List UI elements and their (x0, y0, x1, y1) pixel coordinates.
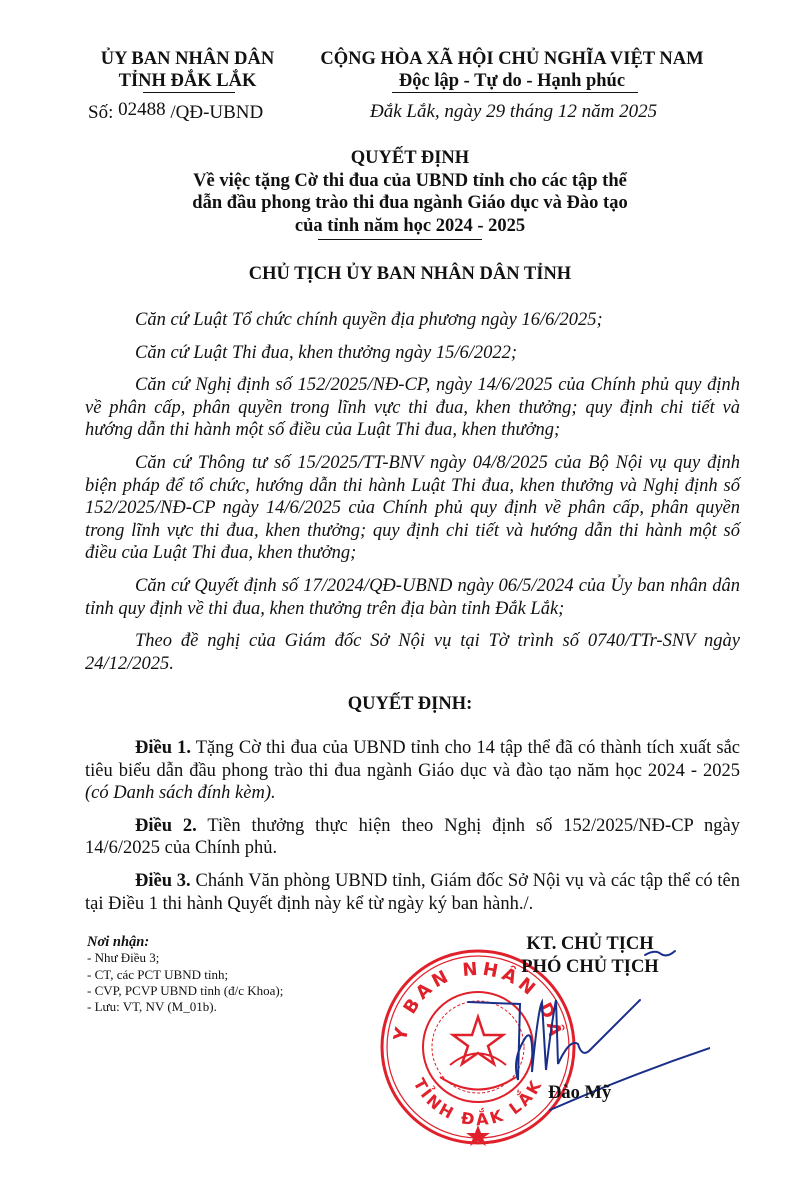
agency-line-2: TỈNH ĐẮK LẮK (119, 70, 257, 92)
nation-title: CỘNG HÒA XÃ HỘI CHỦ NGHĨA VIỆT NAM (292, 48, 732, 70)
article-label: Điều 1. (135, 738, 191, 758)
subject-line: của tỉnh năm học 2024 - 2025 (130, 215, 690, 238)
article-1: Điều 1. Tặng Cờ thi đua của UBND tỉnh ch… (85, 737, 740, 805)
document-title: QUYẾT ĐỊNH Về việc tặng Cờ thi đua của U… (130, 147, 690, 237)
issue-date: Đắk Lắk, ngày 29 tháng 12 năm 2025 (370, 101, 657, 123)
issuing-authority: CHỦ TỊCH ỦY BAN NHÂN DÂN TỈNH (130, 264, 690, 285)
issuing-agency: ỦY BAN NHÂN DÂN TỈNH ĐẮK LẮK (80, 48, 295, 92)
article-label: Điều 3. (135, 871, 191, 891)
document-number-label: Số: (88, 102, 113, 123)
legal-bases: Căn cứ Luật Tổ chức chính quyền địa phươ… (85, 309, 740, 685)
recipient-item: - CVP, PCVP UBND tỉnh (đ/c Khoa); (87, 983, 283, 999)
title-underline (318, 239, 482, 240)
document-number-value: 02488 (118, 99, 166, 120)
recipients: Nơi nhận: - Như Điều 3; - CT, các PCT UB… (87, 934, 283, 1015)
recipient-item: - Như Điều 3; (87, 950, 283, 966)
recipient-item: - CT, các PCT UBND tỉnh; (87, 967, 283, 983)
legal-basis: Căn cứ Quyết định số 17/2024/QĐ-UBND ngà… (85, 575, 740, 620)
signer-name: Đào Mỹ (548, 1083, 611, 1104)
recipient-item: - Lưu: VT, NV (M_01b). (87, 999, 283, 1015)
decision-heading: QUYẾT ĐỊNH: (130, 694, 690, 715)
article-label: Điều 2. (135, 816, 197, 836)
article-3: Điều 3. Chánh Văn phòng UBND tỉnh, Giám … (85, 870, 740, 915)
document-number-suffix: /QĐ-UBND (170, 102, 263, 123)
article-note: (có Danh sách đính kèm). (85, 783, 276, 803)
legal-basis: Căn cứ Luật Thi đua, khen thưởng ngày 15… (85, 342, 740, 365)
article-2: Điều 2. Tiền thưởng thực hiện theo Nghị … (85, 815, 740, 860)
recipients-title: Nơi nhận: (87, 934, 283, 950)
document-number: Số: 02488 /QĐ-UBND (88, 102, 263, 124)
subject-line: dẫn đầu phong trào thi đua ngành Giáo dụ… (130, 192, 690, 215)
legal-basis: Theo đề nghị của Giám đốc Sở Nội vụ tại … (85, 630, 740, 675)
motto-underline (392, 92, 638, 93)
document-type: QUYẾT ĐỊNH (130, 147, 690, 170)
agency-line-1: ỦY BAN NHÂN DÂN (80, 48, 295, 70)
national-motto: Độc lập - Tự do - Hạnh phúc (399, 70, 625, 92)
national-header: CỘNG HÒA XÃ HỘI CHỦ NGHĨA VIỆT NAM Độc l… (292, 48, 732, 92)
legal-basis: Căn cứ Nghị định số 152/2025/NĐ-CP, ngày… (85, 374, 740, 442)
subject-line: Về việc tặng Cờ thi đua của UBND tỉnh ch… (130, 170, 690, 193)
legal-basis: Căn cứ Luật Tổ chức chính quyền địa phươ… (85, 309, 740, 332)
legal-basis: Căn cứ Thông tư số 15/2025/TT-BNV ngày 0… (85, 452, 740, 565)
agency-underline (143, 92, 235, 93)
articles: Điều 1. Tặng Cờ thi đua của UBND tỉnh ch… (85, 737, 740, 925)
